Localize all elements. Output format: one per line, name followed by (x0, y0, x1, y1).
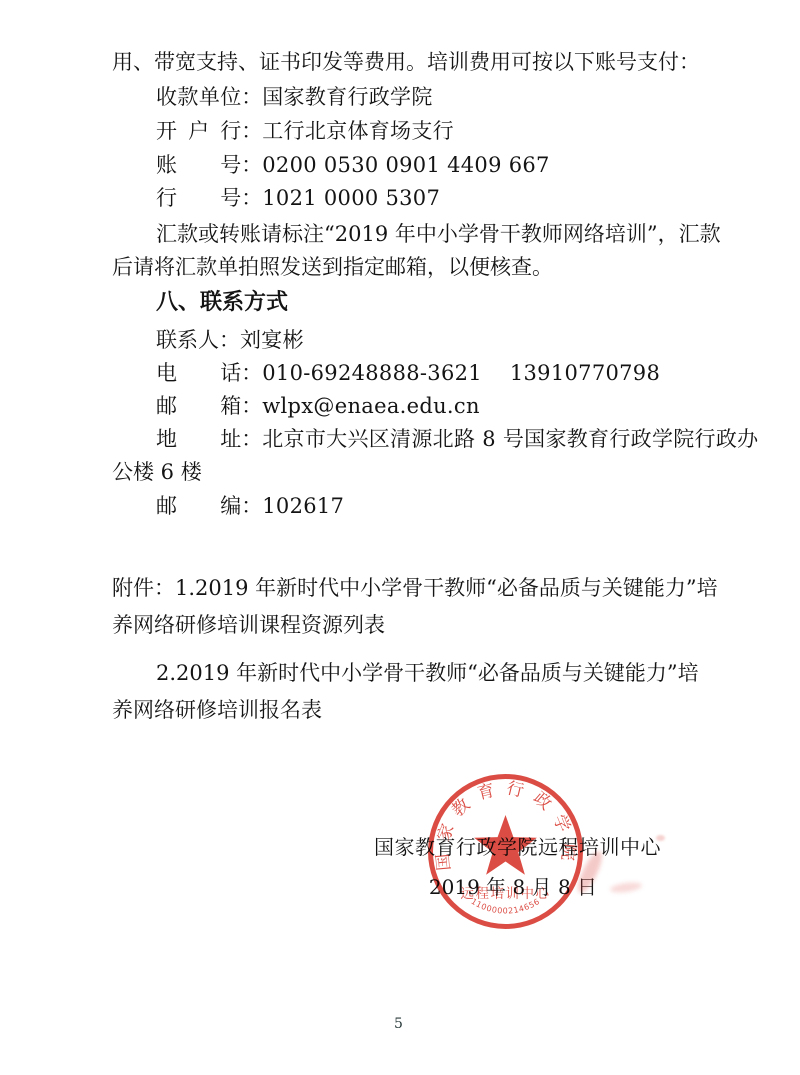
colon: ： (241, 427, 262, 451)
bank-branch-label: 开户行 (156, 119, 241, 144)
email-row: 邮箱：wlpx@enaea.edu.cn (156, 394, 480, 419)
colon: ： (241, 85, 262, 109)
account-number-value: 0200 0530 0901 4409 667 (262, 153, 549, 177)
colon: ： (241, 394, 262, 418)
remittance-note-line-2: 后请将汇款单拍照发送到指定邮箱，以便核查。 (112, 255, 553, 280)
payee-row: 收款单位：国家教育行政学院 (156, 85, 433, 110)
attachment-2-line-1: 2.2019 年新时代中小学骨干教师“必备品质与关键能力”培 (156, 661, 699, 686)
attachment-1-line-1: 附件：1.2019 年新时代中小学骨干教师“必备品质与关键能力”培 (112, 576, 718, 601)
document-page: 用、带宽支持、证书印发等费用。培训费用可按以下账号支付： 收款单位：国家教育行政… (0, 0, 800, 1075)
colon: ： (241, 153, 262, 177)
address-continuation: 公楼 6 楼 (112, 460, 202, 485)
payee-label: 收款单位 (156, 85, 241, 110)
remittance-note-line-1: 汇款或转账请标注“2019 年中小学骨干教师网络培训”，汇款 (156, 222, 721, 247)
address-value: 北京市大兴区清源北路 8 号国家教育行政学院行政办 (262, 427, 758, 451)
bank-branch-row: 开户行：工行北京体育场支行 (156, 119, 454, 144)
email-value: wlpx@enaea.edu.cn (262, 394, 480, 418)
page-number: 5 (0, 1016, 797, 1032)
bank-code-label: 行号 (156, 186, 241, 211)
phone-row: 电话：010-69248888-3621 13910770798 (156, 361, 660, 386)
official-seal: 国家教育行政学院 远程培训中心 1100000214656 (423, 769, 588, 934)
address-label: 地址 (156, 427, 241, 452)
account-number-row: 账号：0200 0530 0901 4409 667 (156, 153, 550, 178)
bank-branch-value: 工行北京体育场支行 (262, 119, 454, 143)
section-heading-contact: 八、联系方式 (156, 290, 288, 315)
bank-code-row: 行号：1021 0000 5307 (156, 186, 440, 211)
account-number-label: 账号 (156, 153, 241, 178)
colon: ： (241, 494, 262, 518)
contact-person-label: 联系人 (156, 328, 219, 352)
postcode-label: 邮编 (156, 494, 241, 519)
contact-person-value: 刘宴彬 (240, 328, 304, 352)
colon: ： (219, 328, 240, 352)
attachment-1-line-2: 养网络研修培训课程资源列表 (112, 613, 385, 638)
postcode-row: 邮编：102617 (156, 494, 344, 519)
colon: ： (241, 119, 262, 143)
attachment-2-line-2: 养网络研修培训报名表 (112, 698, 322, 723)
contact-person-row: 联系人：刘宴彬 (156, 328, 304, 353)
fee-paragraph-line: 用、带宽支持、证书印发等费用。培训费用可按以下账号支付： (112, 50, 700, 75)
phone-value: 010-69248888-3621 13910770798 (262, 361, 660, 385)
seal-star-icon (474, 815, 537, 875)
colon: ： (241, 186, 262, 210)
postcode-value: 102617 (262, 494, 344, 518)
bank-code-value: 1021 0000 5307 (262, 186, 440, 210)
colon: ： (241, 361, 262, 385)
phone-label: 电话 (156, 361, 241, 386)
address-row: 地址：北京市大兴区清源北路 8 号国家教育行政学院行政办 (156, 427, 758, 452)
payee-value: 国家教育行政学院 (262, 85, 432, 109)
email-label: 邮箱 (156, 394, 241, 419)
